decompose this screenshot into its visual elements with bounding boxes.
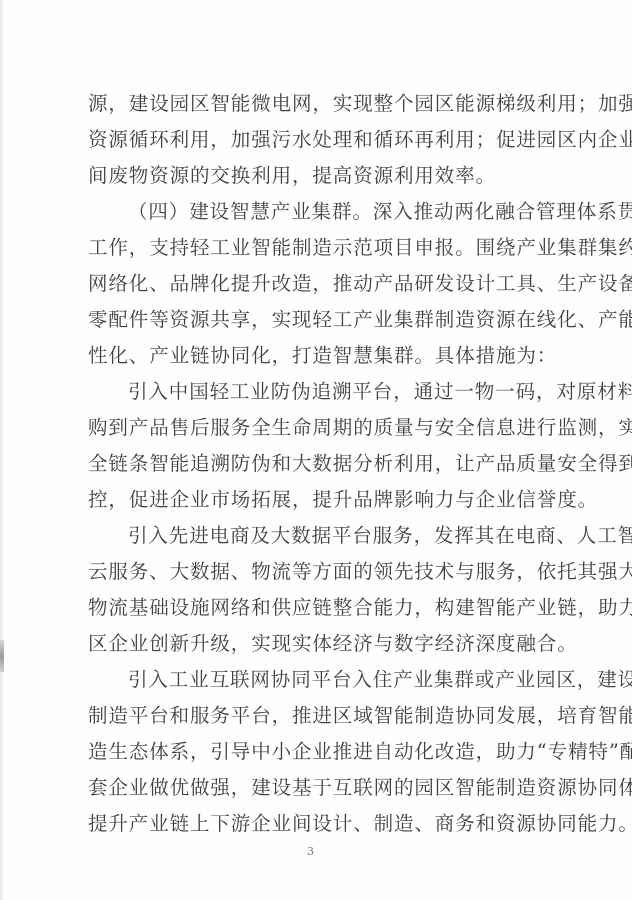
text-line: 零配件等资源共享，实现轻工产业集群制造资源在线化、产能柔 <box>88 302 552 338</box>
text-line: 区企业创新升级，实现实体经济与数字经济深度融合。 <box>88 626 552 662</box>
text-line: 提升产业链上下游企业间设计、制造、商务和资源协同能力。 <box>88 806 552 842</box>
text-line: 云服务、大数据、物流等方面的领先技术与服务，依托其强大的 <box>88 554 552 590</box>
document-page: 源，建设园区智能微电网，实现整个园区能源梯级利用；加强水 资源循环利用，加强污水… <box>0 0 632 900</box>
text-line: 制造平台和服务平台，推进区域智能制造协同发展，培育智能制 <box>88 698 552 734</box>
text-line: 造生态体系，引导中小企业推进自动化改造，助力“专精特”配 <box>88 734 552 770</box>
text-line: 源，建设园区智能微电网，实现整个园区能源梯级利用；加强水 <box>88 86 552 122</box>
text-line: 间废物资源的交换利用，提高资源利用效率。 <box>88 158 552 194</box>
text-line: 全链条智能追溯防伪和大数据分析利用，让产品质量安全得到管 <box>88 446 552 482</box>
paragraph-start-line: 引入先进电商及大数据平台服务，发挥其在电商、人工智能、 <box>88 518 552 554</box>
scan-edge <box>0 0 4 900</box>
text-line: 工作，支持轻工业智能制造示范项目申报。围绕产业集群集约化、 <box>88 230 552 266</box>
text-line: 套企业做优做强，建设基于互联网的园区智能制造资源协同体系， <box>88 770 552 806</box>
paragraph-start-line: 引入工业互联网协同平台入住产业集群或产业园区，建设云 <box>88 662 552 698</box>
paragraph-start-line: 引入中国轻工业防伪追溯平台，通过一物一码，对原材料采 <box>88 374 552 410</box>
document-body: 源，建设园区智能微电网，实现整个园区能源梯级利用；加强水 资源循环利用，加强污水… <box>88 86 552 842</box>
text-line: 网络化、品牌化提升改造，推动产品研发设计工具、生产设备及 <box>88 266 552 302</box>
text-line: 购到产品售后服务全生命周期的质量与安全信息进行监测，实现 <box>88 410 552 446</box>
text-line: 控，促进企业市场拓展，提升品牌影响力与企业信誉度。 <box>88 482 552 518</box>
text-line: 资源循环利用，加强污水处理和循环再利用；促进园区内企业之 <box>88 122 552 158</box>
scan-artifact <box>0 640 4 672</box>
page-number: 3 <box>307 845 314 858</box>
text-line: 物流基础设施网络和供应链整合能力，构建智能产业链，助力园 <box>88 590 552 626</box>
text-line: 性化、产业链协同化，打造智慧集群。具体措施为： <box>88 338 552 374</box>
section-heading-line: （四）建设智慧产业集群。深入推动两化融合管理体系贯标 <box>88 194 552 230</box>
